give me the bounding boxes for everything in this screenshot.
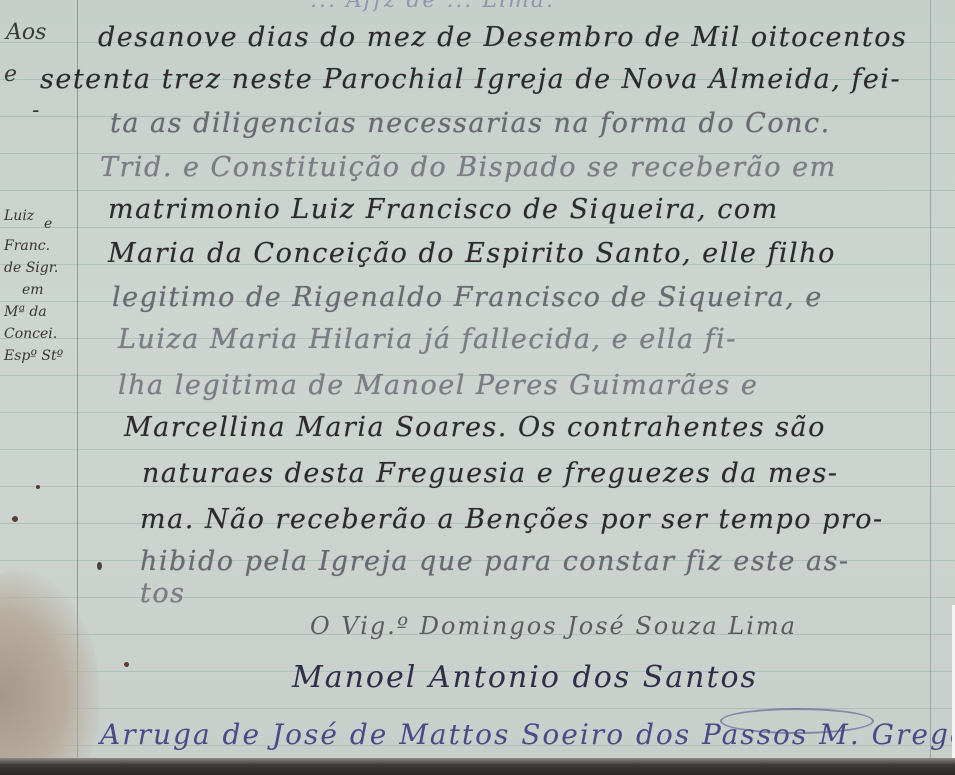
body-line-6: Maria da Conceição do Espirito Santo, el… <box>108 238 836 269</box>
signature-witness: Manoel Antonio dos Santos <box>292 660 758 695</box>
body-line-12: ma. Não receberão a Benções por ser temp… <box>140 504 884 535</box>
body-line-14: tos <box>140 578 185 609</box>
body-line-11: naturaes desta Freguesia e freguezes da … <box>142 458 839 489</box>
ink-spot <box>97 562 102 570</box>
body-line-7: legitimo de Rigenaldo Francisco de Sique… <box>112 282 823 313</box>
left-mark-e: e <box>4 62 17 87</box>
left-mark-dash: - <box>32 98 39 123</box>
body-line-8: Luiza Maria Hilaria já fallecida, e ella… <box>118 324 737 355</box>
body-line-1: desanove dias do mez de Desembro de Mil … <box>98 22 907 53</box>
header-fragment: ... Affz de ... Lima. <box>310 0 555 13</box>
margin-note-line: Espº Stº <box>4 345 76 367</box>
body-line-9: lha legitima de Manoel Peres Guimarães e <box>118 370 758 401</box>
margin-note: Luiz e Franc. de Sigr. em Mª da Concei. … <box>4 205 76 367</box>
margin-note-line: Concei. <box>4 323 76 345</box>
body-line-4: Trid. e Constituição do Bispado se receb… <box>100 152 837 183</box>
body-line-5: matrimonio Luiz Francisco de Siqueira, c… <box>108 194 779 225</box>
body-line-3: ta as diligencias necessarias na forma d… <box>110 108 831 139</box>
margin-note-line: Mª da <box>4 301 76 323</box>
page-bottom-edge <box>0 758 955 775</box>
ink-spot <box>12 516 18 522</box>
margin-note-line: de Sigr. <box>4 257 76 279</box>
ink-spot <box>124 662 129 667</box>
margin-note-line: em <box>4 279 76 301</box>
signature-cross-mark: Arruga de José de Mattos Soeiro dos Pass… <box>100 718 955 751</box>
document-page: ... Affz de ... Lima. Aos e - desanove d… <box>0 0 955 762</box>
ink-spot <box>36 485 40 489</box>
body-line-13: hibido pela Igreja que para constar fiz … <box>140 546 850 577</box>
signature-vigario: O Vig.º Domingos José Souza Lima <box>310 612 797 640</box>
right-margin-rule <box>930 0 931 762</box>
body-line-10: Marcellina Maria Soares. Os contrahentes… <box>124 412 826 443</box>
left-mark-aos: Aos <box>6 20 46 45</box>
body-line-2: setenta trez neste Parochial Igreja de N… <box>40 64 901 95</box>
margin-note-line: Franc. <box>4 235 76 257</box>
